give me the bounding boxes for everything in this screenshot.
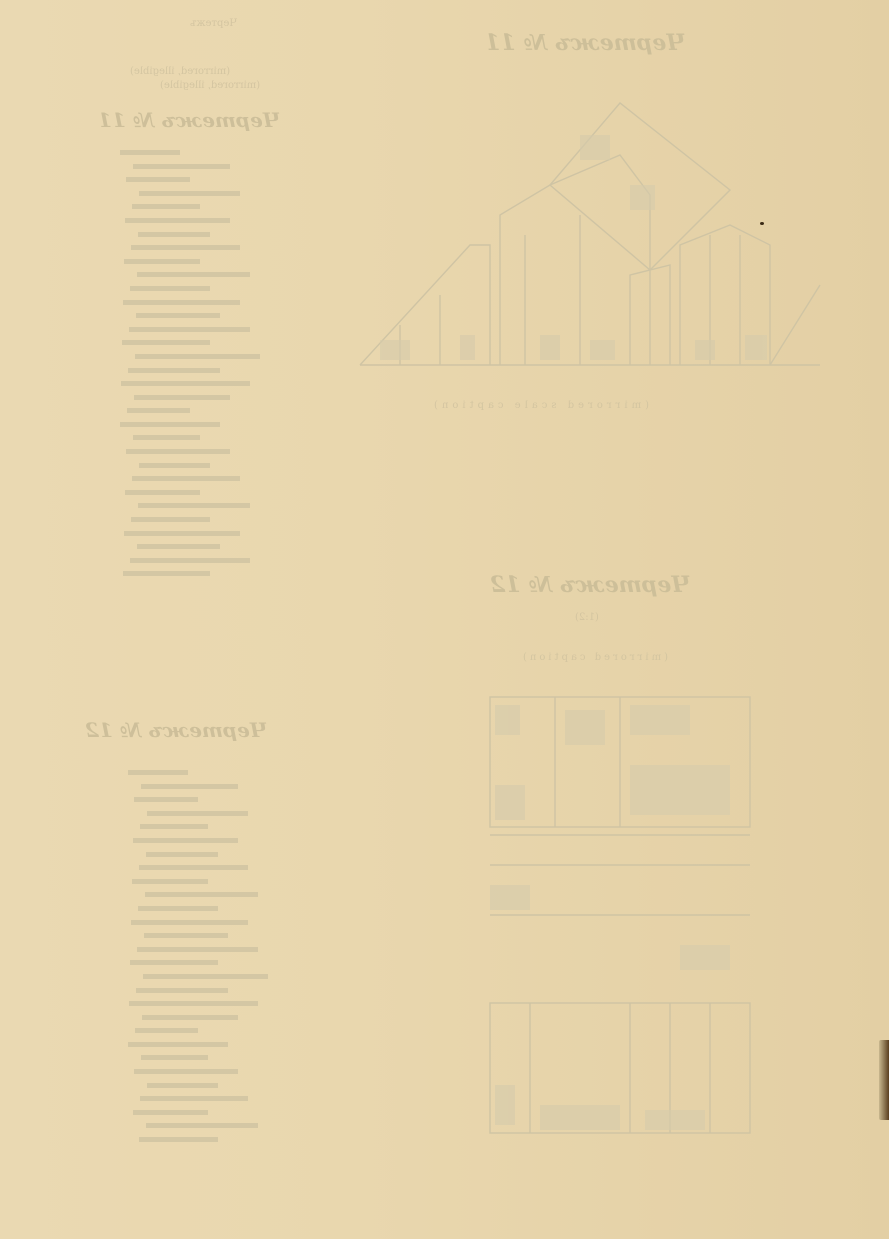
legend-entry xyxy=(120,311,300,325)
legend-entry xyxy=(128,986,318,1000)
legend-entry xyxy=(128,850,318,864)
illegible-text xyxy=(136,313,220,318)
page: Чертежъ (mirrored, illegible) (mirrored,… xyxy=(0,0,889,1239)
legend-11-list xyxy=(120,148,300,583)
illegible-text xyxy=(133,838,238,843)
legend-entry xyxy=(120,284,300,298)
illegible-text xyxy=(130,286,210,291)
legend-entry xyxy=(120,542,300,556)
legend-entry xyxy=(128,1067,318,1081)
legend-entry xyxy=(128,931,318,945)
legend-entry xyxy=(120,433,300,447)
speck xyxy=(760,222,764,225)
legend-entry xyxy=(128,877,318,891)
legend-entry xyxy=(120,148,300,162)
illegible-text xyxy=(132,879,208,884)
legend-entry xyxy=(128,999,318,1013)
legend-entry xyxy=(128,768,318,782)
running-head: Чертежъ xyxy=(190,18,237,29)
illegible-text xyxy=(129,327,250,332)
legend-entry xyxy=(128,795,318,809)
legend-entry xyxy=(128,904,318,918)
legend-entry xyxy=(120,406,300,420)
legend-entry xyxy=(128,782,318,796)
illegible-text xyxy=(147,811,248,816)
illegible-text xyxy=(121,381,250,386)
legend-entry xyxy=(120,447,300,461)
legend-entry xyxy=(120,257,300,271)
legend-entry xyxy=(120,270,300,284)
illegible-text xyxy=(135,1028,198,1033)
illegible-text xyxy=(134,797,198,802)
figure-12-title: Чертежъ № 12 xyxy=(490,572,691,598)
figure-12-caption: (mirrored caption) xyxy=(520,652,668,663)
illegible-text xyxy=(129,1001,258,1006)
illegible-text xyxy=(142,1015,238,1020)
legend-entry xyxy=(120,515,300,529)
illegible-text xyxy=(130,558,250,563)
legend-entry xyxy=(120,338,300,352)
legend-entry xyxy=(120,379,300,393)
illegible-text xyxy=(128,770,188,775)
illegible-text xyxy=(139,865,248,870)
legend-entry xyxy=(128,945,318,959)
illegible-text xyxy=(124,259,200,264)
illegible-text xyxy=(130,960,218,965)
illegible-text xyxy=(126,449,230,454)
legend-entry xyxy=(120,298,300,312)
legend-entry xyxy=(128,1026,318,1040)
legend-entry xyxy=(120,393,300,407)
subtitle-line-1: (mirrored, illegible) xyxy=(130,66,230,77)
legend-entry xyxy=(120,461,300,475)
legend-entry xyxy=(128,822,318,836)
illegible-text xyxy=(141,1055,208,1060)
legend-entry xyxy=(128,1081,318,1095)
legend-entry xyxy=(120,501,300,515)
illegible-text xyxy=(124,531,240,536)
legend-entry xyxy=(120,162,300,176)
legend-entry xyxy=(128,972,318,986)
illegible-text xyxy=(120,150,180,155)
legend-entry xyxy=(128,1108,318,1122)
legend-entry xyxy=(120,189,300,203)
legend-entry xyxy=(128,863,318,877)
illegible-text xyxy=(140,1096,248,1101)
illegible-text xyxy=(138,906,218,911)
legend-entry xyxy=(120,556,300,570)
legend-entry xyxy=(120,325,300,339)
illegible-text xyxy=(138,503,250,508)
page-edge xyxy=(879,1040,889,1120)
illegible-text xyxy=(143,974,268,979)
legend-entry xyxy=(120,569,300,583)
legend-entry xyxy=(120,230,300,244)
legend-entry xyxy=(128,1013,318,1027)
illegible-text xyxy=(135,354,260,359)
legend-entry xyxy=(128,1135,318,1149)
illegible-text xyxy=(133,1110,208,1115)
legend-entry xyxy=(128,890,318,904)
figure-11-title: Чертежъ № 11 xyxy=(485,30,686,56)
legend-entry xyxy=(120,474,300,488)
legend-entry xyxy=(120,216,300,230)
illegible-text xyxy=(136,988,228,993)
illegible-text xyxy=(127,408,190,413)
illegible-text xyxy=(131,517,210,522)
illegible-text xyxy=(120,422,220,427)
illegible-text xyxy=(123,571,210,576)
legend-12-title: Чертежъ № 12 xyxy=(85,718,268,742)
illegible-text xyxy=(134,1069,238,1074)
illegible-text xyxy=(146,852,218,857)
legend-entry xyxy=(120,352,300,366)
illegible-text xyxy=(147,1083,218,1088)
legend-entry xyxy=(128,809,318,823)
subtitle-line-2: (mirrored, illegible) xyxy=(160,80,260,91)
illegible-text xyxy=(146,1123,258,1128)
illegible-text xyxy=(137,272,250,277)
illegible-text xyxy=(141,784,238,789)
illegible-text xyxy=(133,435,200,440)
illegible-text xyxy=(131,920,248,925)
legend-entry xyxy=(128,1121,318,1135)
illegible-text xyxy=(140,824,208,829)
illegible-text xyxy=(123,300,240,305)
legend-entry xyxy=(120,420,300,434)
illegible-text xyxy=(132,476,240,481)
illegible-text xyxy=(134,395,230,400)
legend-entry xyxy=(128,958,318,972)
legend-entry xyxy=(120,243,300,257)
illegible-text xyxy=(145,892,258,897)
illegible-text xyxy=(131,245,240,250)
legend-entry xyxy=(120,529,300,543)
illegible-text xyxy=(138,232,210,237)
illegible-text xyxy=(137,544,220,549)
legend-11-title: Чертежъ № 11 xyxy=(98,108,281,132)
illegible-text xyxy=(126,177,190,182)
legend-entry xyxy=(128,836,318,850)
illegible-text xyxy=(144,933,228,938)
illegible-text xyxy=(139,463,210,468)
illegible-text xyxy=(122,340,210,345)
illegible-text xyxy=(133,164,230,169)
figure-11-caption: (mirrored scale caption) xyxy=(430,400,649,411)
figure-12-drawing xyxy=(430,685,790,1155)
illegible-text xyxy=(137,947,258,952)
illegible-text xyxy=(132,204,200,209)
illegible-text xyxy=(139,1137,218,1142)
illegible-text xyxy=(128,1042,228,1047)
legend-entry xyxy=(120,366,300,380)
legend-entry xyxy=(128,1094,318,1108)
legend-entry xyxy=(120,488,300,502)
illegible-text xyxy=(125,490,200,495)
figure-11-drawing xyxy=(350,95,830,415)
legend-entry xyxy=(120,175,300,189)
legend-12-list xyxy=(128,768,318,1149)
illegible-text xyxy=(128,368,220,373)
legend-entry xyxy=(128,1040,318,1054)
legend-entry xyxy=(128,918,318,932)
illegible-text xyxy=(139,191,240,196)
legend-entry xyxy=(120,202,300,216)
illegible-text xyxy=(125,218,230,223)
figure-12-sub: (1:2) xyxy=(575,612,599,623)
legend-entry xyxy=(128,1053,318,1067)
